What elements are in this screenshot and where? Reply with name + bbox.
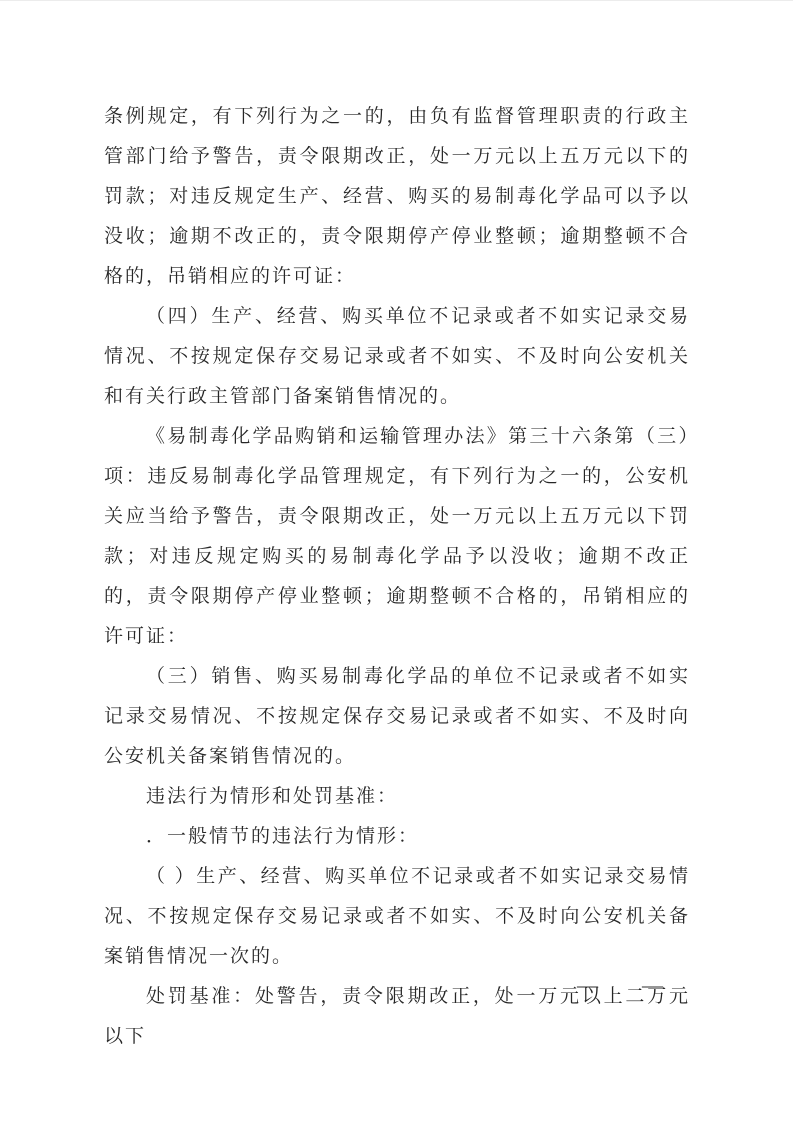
- paragraph: （ ）生产、经营、购买单位不记录或者不如实记录交易情况、不按规定保存交易记录或者…: [104, 857, 690, 977]
- document-text-block: 条例规定，有下列行为之一的，由负有监督管理职责的行政主管部门给予警告，责令限期改…: [104, 97, 690, 1057]
- footer-dash: —: [642, 973, 663, 997]
- page-footer: — —: [577, 973, 663, 997]
- document-page: 条例规定，有下列行为之一的，由负有监督管理职责的行政主管部门给予警告，责令限期改…: [0, 0, 793, 1122]
- footer-dash: —: [577, 973, 598, 997]
- paragraph: （四）生产、经营、购买单位不记录或者不如实记录交易情况、不按规定保存交易记录或者…: [104, 297, 690, 417]
- paragraph: （三）销售、购买易制毒化学品的单位不记录或者不如实记录交易情况、不按规定保存交易…: [104, 657, 690, 777]
- paragraph: 违法行为情形和处罚基准：: [104, 777, 690, 817]
- paragraph: 条例规定，有下列行为之一的，由负有监督管理职责的行政主管部门给予警告，责令限期改…: [104, 97, 690, 297]
- paragraph: 《易制毒化学品购销和运输管理办法》第三十六条第（三）项：违反易制毒化学品管理规定…: [104, 417, 690, 657]
- paragraph: ．一般情节的违法行为情形：: [104, 817, 690, 857]
